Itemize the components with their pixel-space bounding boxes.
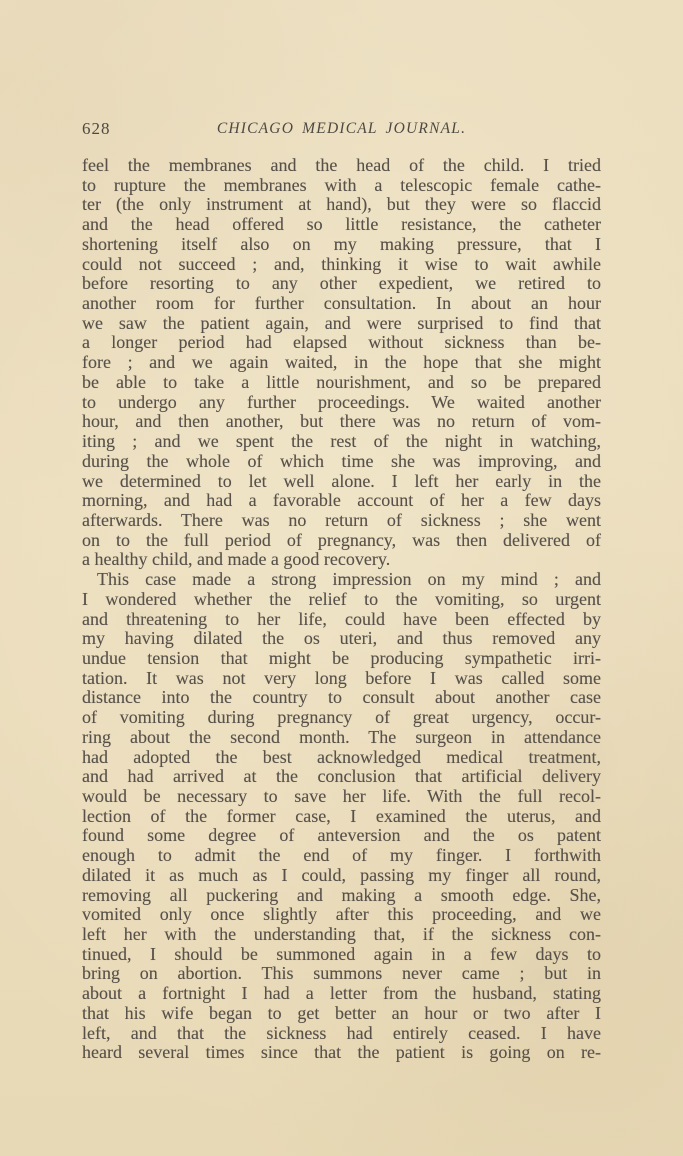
page-header: 628 CHICAGO MEDICAL JOURNAL. [82,118,601,142]
text-line: before resorting to any other expedient,… [82,274,601,294]
running-title: CHICAGO MEDICAL JOURNAL. [82,120,601,138]
text-line: I wondered whether the relief to the vom… [82,590,601,610]
text-line: undue tension that might be producing sy… [82,649,601,669]
text-line: fore ; and we again waited, in the hope … [82,353,601,373]
text-line: dilated it as much as I could, passing m… [82,866,601,886]
text-line: left her with the understanding that, if… [82,925,601,945]
text-line: to rupture the membranes with a telescop… [82,176,601,196]
text-line: and the head offered so little resistanc… [82,215,601,235]
text-line: we determined to let well alone. I left … [82,472,601,492]
text-line: would be necessary to save her life. Wit… [82,787,601,807]
text-line: about a fortnight I had a letter from th… [82,984,601,1004]
text-line: lection of the former case, I examined t… [82,807,601,827]
text-line: another room for further consultation. I… [82,294,601,314]
text-line: that his wife began to get better an hou… [82,1004,601,1024]
text-line: hour, and then another, but there was no… [82,412,601,432]
text-line: tinued, I should be summoned again in a … [82,945,601,965]
text-line: to undergo any further proceedings. We w… [82,393,601,413]
text-line: could not succeed ; and, thinking it wis… [82,255,601,275]
text-line: a healthy child, and made a good recover… [82,550,601,570]
text-line: we saw the patient again, and were surpr… [82,314,601,334]
text-line: ring about the second month. The surgeon… [82,728,601,748]
text-line: shortening itself also on my making pres… [82,235,601,255]
scanned-book-page: 628 CHICAGO MEDICAL JOURNAL. feel the me… [0,0,683,1156]
text-line: This case made a strong impression on my… [82,570,601,590]
text-line: had adopted the best acknowledged medica… [82,748,601,768]
text-line: afterwards. There was no return of sickn… [82,511,601,531]
text-line: distance into the country to consult abo… [82,688,601,708]
text-line: enough to admit the end of my finger. I … [82,846,601,866]
text-line: morning, and had a favorable account of … [82,491,601,511]
text-line: during the whole of which time she was i… [82,452,601,472]
text-line: and had arrived at the conclusion that a… [82,767,601,787]
text-line: iting ; and we spent the rest of the nig… [82,432,601,452]
text-line: feel the membranes and the head of the c… [82,156,601,176]
text-line: of vomiting during pregnancy of great ur… [82,708,601,728]
text-line: be able to take a little nourishment, an… [82,373,601,393]
text-line: tation. It was not very long before I wa… [82,669,601,689]
text-line: found some degree of anteversion and the… [82,826,601,846]
text-line: bring on abortion. This summons never ca… [82,964,601,984]
text-line: a longer period had elapsed without sick… [82,333,601,353]
text-line: and threatening to her life, could have … [82,610,601,630]
text-line: vomited only once slightly after this pr… [82,905,601,925]
text-line: left, and that the sickness had entirely… [82,1024,601,1044]
text-line: on to the full period of pregnancy, was … [82,531,601,551]
text-line: removing all puckering and making a smoo… [82,886,601,906]
text-line: heard several times since that the patie… [82,1043,601,1063]
text-line: my having dilated the os uteri, and thus… [82,629,601,649]
text-line: ter (the only instrument at hand), but t… [82,195,601,215]
text-block: feel the membranes and the head of the c… [82,156,601,1063]
